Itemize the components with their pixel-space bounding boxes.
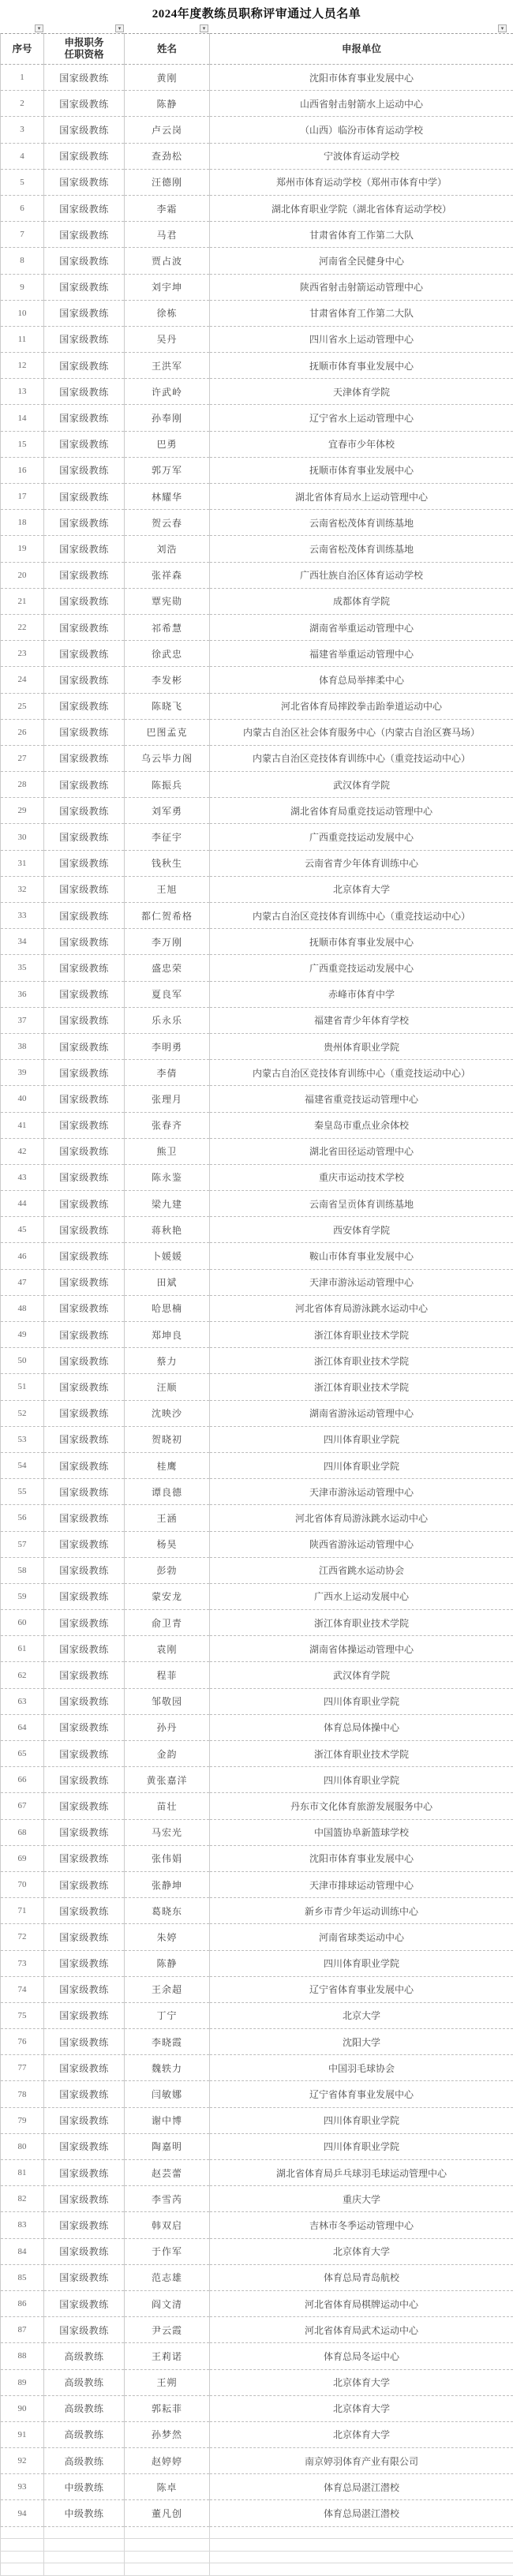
row-name: 汪顺 bbox=[125, 1374, 210, 1400]
table-row: 9国家级教练刘宇坤陕西省射击射箭运动管理中心 bbox=[1, 274, 513, 300]
table-row: 67国家级教练苗壮丹东市文化体育旅游发展服务中心 bbox=[1, 1793, 513, 1819]
empty-grid-cell bbox=[1, 2551, 44, 2563]
table-row: 21国家级教练覃宪勋成都体育学院 bbox=[1, 588, 513, 614]
row-qualification: 国家级教练 bbox=[44, 274, 125, 300]
table-row: 41国家级教练张春齐秦皇岛市重点业余体校 bbox=[1, 1112, 513, 1138]
row-index: 54 bbox=[1, 1452, 44, 1478]
row-qualification: 国家级教练 bbox=[44, 1505, 125, 1531]
table-row: 36国家级教练夏良军赤峰市体育中学 bbox=[1, 981, 513, 1007]
row-index: 71 bbox=[1, 1898, 44, 1924]
row-index: 39 bbox=[1, 1060, 44, 1086]
row-unit: 郑州市体育运动学校（郑州市体育中学） bbox=[210, 169, 513, 195]
row-qualification: 国家级教练 bbox=[44, 2002, 125, 2028]
table-row: 20国家级教练张祥森广西壮族自治区体育运动学校 bbox=[1, 562, 513, 588]
row-qualification: 国家级教练 bbox=[44, 1243, 125, 1269]
row-name: 田斌 bbox=[125, 1269, 210, 1295]
row-qualification: 国家级教练 bbox=[44, 614, 125, 640]
row-qualification: 国家级教练 bbox=[44, 2160, 125, 2186]
table-row: 56国家级教练王涵河北省体育局游泳跳水运动中心 bbox=[1, 1505, 513, 1531]
row-name: 王余超 bbox=[125, 1976, 210, 2002]
row-qualification: 国家级教练 bbox=[44, 562, 125, 588]
row-qualification: 国家级教练 bbox=[44, 1295, 125, 1321]
row-name: 沈映沙 bbox=[125, 1400, 210, 1426]
row-qualification: 国家级教练 bbox=[44, 1845, 125, 1871]
table-row: 29国家级教练刘军勇湖北省体育局重竞技运动管理中心 bbox=[1, 798, 513, 824]
row-unit: 贵州体育职业学院 bbox=[210, 1033, 513, 1059]
row-name: 彭勃 bbox=[125, 1557, 210, 1583]
row-index: 87 bbox=[1, 2317, 44, 2343]
row-index: 57 bbox=[1, 1531, 44, 1557]
table-row: 26国家级教练巴图孟克内蒙古自治区社会体育服务中心（内蒙古自治区赛马场） bbox=[1, 719, 513, 745]
row-qualification: 国家级教练 bbox=[44, 981, 125, 1007]
row-name: 孙丹 bbox=[125, 1714, 210, 1740]
row-qualification: 中级教练 bbox=[44, 2474, 125, 2500]
row-unit: 天津市排球运动管理中心 bbox=[210, 1871, 513, 1897]
table-row: 5国家级教练汪德刚郑州市体育运动学校（郑州市体育中学） bbox=[1, 169, 513, 195]
row-qualification: 国家级教练 bbox=[44, 300, 125, 326]
row-name: 钱秋生 bbox=[125, 850, 210, 876]
row-qualification: 国家级教练 bbox=[44, 2317, 125, 2343]
row-index: 83 bbox=[1, 2212, 44, 2238]
col-header-qualification-line2: 任职资格 bbox=[44, 49, 124, 61]
row-name: 陈永鉴 bbox=[125, 1164, 210, 1190]
row-index: 29 bbox=[1, 798, 44, 824]
row-unit: 四川体育职业学院 bbox=[210, 1767, 513, 1793]
row-name: 王旭 bbox=[125, 876, 210, 902]
row-index: 44 bbox=[1, 1191, 44, 1217]
empty-grid-row bbox=[1, 2526, 513, 2539]
row-qualification: 国家级教练 bbox=[44, 2186, 125, 2212]
row-unit: 浙江体育职业技术学院 bbox=[210, 1610, 513, 1636]
row-qualification: 国家级教练 bbox=[44, 2238, 125, 2264]
row-unit: 体育总局体操中心 bbox=[210, 1714, 513, 1740]
row-index: 30 bbox=[1, 824, 44, 850]
row-name: 查劲松 bbox=[125, 143, 210, 169]
row-qualification: 国家级教练 bbox=[44, 903, 125, 929]
table-row: 58国家级教练彭勃江西省跳水运动协会 bbox=[1, 1557, 513, 1583]
row-name: 赵芸蕾 bbox=[125, 2160, 210, 2186]
row-name: 蒋秋艳 bbox=[125, 1217, 210, 1243]
row-unit: 内蒙古自治区社会体育服务中心（内蒙古自治区赛马场） bbox=[210, 719, 513, 745]
row-qualification: 中级教练 bbox=[44, 2500, 125, 2526]
row-qualification: 国家级教练 bbox=[44, 1898, 125, 1924]
row-index: 20 bbox=[1, 562, 44, 588]
row-index: 41 bbox=[1, 1112, 44, 1138]
col-header-unit-label: 申报单位 bbox=[210, 43, 513, 55]
row-unit: 四川省水上运动管理中心 bbox=[210, 326, 513, 352]
row-qualification: 国家级教练 bbox=[44, 91, 125, 117]
col-header-index-label: 序号 bbox=[1, 43, 43, 55]
row-index: 25 bbox=[1, 693, 44, 719]
row-unit: 中国篮协阜新篮球学校 bbox=[210, 1819, 513, 1845]
row-unit: 广西壮族自治区体育运动学校 bbox=[210, 562, 513, 588]
row-unit: 四川体育职业学院 bbox=[210, 2107, 513, 2133]
row-name: 陈静 bbox=[125, 91, 210, 117]
row-unit: 四川体育职业学院 bbox=[210, 1426, 513, 1452]
row-name: 陈静 bbox=[125, 1950, 210, 1976]
row-qualification: 国家级教练 bbox=[44, 353, 125, 379]
row-unit: 抚顺市体育事业发展中心 bbox=[210, 929, 513, 955]
row-index: 13 bbox=[1, 379, 44, 405]
row-name: 李明勇 bbox=[125, 1033, 210, 1059]
row-name: 董凡创 bbox=[125, 2500, 210, 2526]
row-index: 84 bbox=[1, 2238, 44, 2264]
row-name: 于作军 bbox=[125, 2238, 210, 2264]
table-row: 54国家级教练桂鹰四川体育职业学院 bbox=[1, 1452, 513, 1478]
row-unit: 湖南省体操运动管理中心 bbox=[210, 1636, 513, 1662]
row-name: 孙奉刚 bbox=[125, 405, 210, 431]
table-row: 75国家级教练丁宁北京大学 bbox=[1, 2002, 513, 2028]
row-qualification: 国家级教练 bbox=[44, 2212, 125, 2238]
row-unit: 云南省松茂体育训练基地 bbox=[210, 510, 513, 536]
row-name: 王莉诺 bbox=[125, 2343, 210, 2369]
row-qualification: 国家级教练 bbox=[44, 405, 125, 431]
row-name: 张春齐 bbox=[125, 1112, 210, 1138]
row-unit: 内蒙古自治区竞技体育训练中心（重竞技运动中心） bbox=[210, 1060, 513, 1086]
row-index: 82 bbox=[1, 2186, 44, 2212]
row-qualification: 国家级教练 bbox=[44, 117, 125, 143]
row-unit: 天津市游泳运动管理中心 bbox=[210, 1269, 513, 1295]
table-row: 77国家级教练魏轶力中国羽毛球协会 bbox=[1, 2055, 513, 2081]
row-name: 朱婷 bbox=[125, 1924, 210, 1950]
row-name: 巴图孟克 bbox=[125, 719, 210, 745]
table-row: 40国家级教练张理月福建省重竞技运动管理中心 bbox=[1, 1086, 513, 1112]
row-index: 48 bbox=[1, 1295, 44, 1321]
row-qualification: 高级教练 bbox=[44, 2369, 125, 2395]
table-row: 35国家级教练盛忠荣广西重竞技运动发展中心 bbox=[1, 955, 513, 981]
empty-grid-cell bbox=[125, 2563, 210, 2576]
row-qualification: 国家级教练 bbox=[44, 1557, 125, 1583]
filter-dropdown-icon[interactable]: ▾ bbox=[115, 24, 124, 32]
row-name: 黄张嘉洋 bbox=[125, 1767, 210, 1793]
table-row: 89高级教练王朔北京体育大学 bbox=[1, 2369, 513, 2395]
filter-dropdown-icon[interactable]: ▾ bbox=[498, 24, 507, 32]
row-unit: 吉林市冬季运动管理中心 bbox=[210, 2212, 513, 2238]
row-qualification: 国家级教练 bbox=[44, 2107, 125, 2133]
row-unit: 浙江体育职业技术学院 bbox=[210, 1348, 513, 1374]
row-unit: 内蒙古自治区竞技体育训练中心（重竞技运动中心） bbox=[210, 745, 513, 771]
row-qualification: 国家级教练 bbox=[44, 1322, 125, 1348]
table-row: 83国家级教练韩双启吉林市冬季运动管理中心 bbox=[1, 2212, 513, 2238]
row-name: 李征宇 bbox=[125, 824, 210, 850]
filter-dropdown-icon[interactable]: ▾ bbox=[35, 24, 43, 32]
row-index: 53 bbox=[1, 1426, 44, 1452]
row-index: 68 bbox=[1, 1819, 44, 1845]
row-unit: 广西水上运动发展中心 bbox=[210, 1583, 513, 1609]
table-row: 81国家级教练赵芸蕾湖北省体育局乒乓球羽毛球运动管理中心 bbox=[1, 2160, 513, 2186]
row-qualification: 国家级教练 bbox=[44, 1164, 125, 1190]
row-name: 俞卫青 bbox=[125, 1610, 210, 1636]
row-qualification: 国家级教练 bbox=[44, 1767, 125, 1793]
row-qualification: 国家级教练 bbox=[44, 929, 125, 955]
row-index: 79 bbox=[1, 2107, 44, 2133]
table-row: 2国家级教练陈静山西省射击射箭水上运动中心 bbox=[1, 91, 513, 117]
row-name: 谭良德 bbox=[125, 1479, 210, 1505]
table-row: 37国家级教练乐永乐福建省青少年体育学校 bbox=[1, 1007, 513, 1033]
table-row: 70国家级教练张静坤天津市排球运动管理中心 bbox=[1, 1871, 513, 1897]
row-index: 66 bbox=[1, 1767, 44, 1793]
row-qualification: 国家级教练 bbox=[44, 1007, 125, 1033]
filter-buttons-row: ▾ ▾ ▾ ▾ bbox=[0, 24, 513, 33]
row-index: 5 bbox=[1, 169, 44, 195]
row-unit: 武汉体育学院 bbox=[210, 772, 513, 798]
row-name: 范志雄 bbox=[125, 2264, 210, 2290]
table-row: 51国家级教练汪顺浙江体育职业技术学院 bbox=[1, 1374, 513, 1400]
row-unit: 沈阳市体育事业发展中心 bbox=[210, 1845, 513, 1871]
table-row: 93中级教练陈卓体育总局湛江潜校 bbox=[1, 2474, 513, 2500]
row-index: 34 bbox=[1, 929, 44, 955]
row-unit: 武汉体育学院 bbox=[210, 1662, 513, 1688]
table-row: 74国家级教练王余超辽宁省体育事业发展中心 bbox=[1, 1976, 513, 2002]
row-qualification: 国家级教练 bbox=[44, 2290, 125, 2316]
table-row: 63国家级教练邹敬园四川体育职业学院 bbox=[1, 1688, 513, 1714]
table-row: 24国家级教练李发彬体育总局举摔柔中心 bbox=[1, 667, 513, 693]
table-row: 25国家级教练陈晓飞河北省体育局摔跤拳击跆拳道运动中心 bbox=[1, 693, 513, 719]
row-index: 51 bbox=[1, 1374, 44, 1400]
row-name: 张理月 bbox=[125, 1086, 210, 1112]
row-name: 郭万军 bbox=[125, 457, 210, 483]
table-row: 65国家级教练金韵浙江体育职业技术学院 bbox=[1, 1741, 513, 1767]
row-unit: 山西省射击射箭水上运动中心 bbox=[210, 91, 513, 117]
table-row: 61国家级教练袁刚湖南省体操运动管理中心 bbox=[1, 1636, 513, 1662]
row-unit: 新乡市青少年运动训练中心 bbox=[210, 1898, 513, 1924]
row-name: 卜媛媛 bbox=[125, 1243, 210, 1269]
row-qualification: 国家级教练 bbox=[44, 824, 125, 850]
empty-grid-cell bbox=[1, 2563, 44, 2576]
row-qualification: 国家级教练 bbox=[44, 1688, 125, 1714]
row-index: 90 bbox=[1, 2395, 44, 2421]
table-row: 68国家级教练马宏光中国篮协阜新篮球学校 bbox=[1, 1819, 513, 1845]
table-row: 79国家级教练谢中博四川体育职业学院 bbox=[1, 2107, 513, 2133]
row-qualification: 国家级教练 bbox=[44, 1348, 125, 1374]
table-row: 66国家级教练黄张嘉洋四川体育职业学院 bbox=[1, 1767, 513, 1793]
row-qualification: 国家级教练 bbox=[44, 850, 125, 876]
table-row: 13国家级教练许武岭天津体育学院 bbox=[1, 379, 513, 405]
table-row: 46国家级教练卜媛媛鞍山市体育事业发展中心 bbox=[1, 1243, 513, 1269]
row-name: 贺云春 bbox=[125, 510, 210, 536]
row-qualification: 国家级教练 bbox=[44, 1452, 125, 1478]
table-row: 11国家级教练吴丹四川省水上运动管理中心 bbox=[1, 326, 513, 352]
row-unit: 湖北省田径运动管理中心 bbox=[210, 1138, 513, 1164]
row-unit: 河南省球类运动中心 bbox=[210, 1924, 513, 1950]
table-row: 15国家级教练巴勇宜春市少年体校 bbox=[1, 431, 513, 457]
table-row: 88高级教练王莉诺体育总局冬运中心 bbox=[1, 2343, 513, 2369]
row-qualification: 国家级教练 bbox=[44, 1741, 125, 1767]
row-index: 62 bbox=[1, 1662, 44, 1688]
table-row: 12国家级教练王洪军抚顺市体育事业发展中心 bbox=[1, 353, 513, 379]
row-index: 74 bbox=[1, 1976, 44, 2002]
row-name: 王洪军 bbox=[125, 353, 210, 379]
row-name: 郑坤良 bbox=[125, 1322, 210, 1348]
row-name: 杨昊 bbox=[125, 1531, 210, 1557]
row-index: 73 bbox=[1, 1950, 44, 1976]
row-index: 15 bbox=[1, 431, 44, 457]
table-row: 42国家级教练熊卫湖北省田径运动管理中心 bbox=[1, 1138, 513, 1164]
row-unit: 沈阳大学 bbox=[210, 2029, 513, 2055]
empty-grid-cell bbox=[125, 2551, 210, 2563]
row-name: 巴勇 bbox=[125, 431, 210, 457]
row-unit: 湖南省举重运动管理中心 bbox=[210, 614, 513, 640]
filter-dropdown-icon[interactable]: ▾ bbox=[200, 24, 208, 32]
row-qualification: 国家级教练 bbox=[44, 1112, 125, 1138]
row-name: 孙梦然 bbox=[125, 2421, 210, 2447]
table-row: 27国家级教练乌云毕力阁内蒙古自治区竞技体育训练中心（重竞技运动中心） bbox=[1, 745, 513, 771]
table-row: 91高级教练孙梦然北京体育大学 bbox=[1, 2421, 513, 2447]
row-qualification: 国家级教练 bbox=[44, 1269, 125, 1295]
row-name: 桂鹰 bbox=[125, 1452, 210, 1478]
table-row: 72国家级教练朱婷河南省球类运动中心 bbox=[1, 1924, 513, 1950]
row-qualification: 国家级教练 bbox=[44, 1086, 125, 1112]
row-name: 阎文清 bbox=[125, 2290, 210, 2316]
row-name: 都仁贺希格 bbox=[125, 903, 210, 929]
row-name: 谢中博 bbox=[125, 2107, 210, 2133]
document-page: 2024年度教练员职称评审通过人员名单 ▾ ▾ ▾ ▾ 序号 申报职务 任职资格… bbox=[0, 0, 513, 2576]
row-unit: 辽宁省体育事业发展中心 bbox=[210, 2081, 513, 2107]
row-qualification: 国家级教练 bbox=[44, 169, 125, 195]
row-name: 熊卫 bbox=[125, 1138, 210, 1164]
row-name: 刘军勇 bbox=[125, 798, 210, 824]
row-index: 43 bbox=[1, 1164, 44, 1190]
table-row: 43国家级教练陈永鉴重庆市运动技术学校 bbox=[1, 1164, 513, 1190]
row-index: 32 bbox=[1, 876, 44, 902]
row-unit: 北京体育大学 bbox=[210, 2369, 513, 2395]
row-unit: 西安体育学院 bbox=[210, 1217, 513, 1243]
row-index: 9 bbox=[1, 274, 44, 300]
row-index: 6 bbox=[1, 195, 44, 221]
row-unit: 云南省松茂体育训练基地 bbox=[210, 536, 513, 562]
table-row: 53国家级教练贺晓初四川体育职业学院 bbox=[1, 1426, 513, 1452]
row-name: 邹敬园 bbox=[125, 1688, 210, 1714]
row-unit: 辽宁省水上运动管理中心 bbox=[210, 405, 513, 431]
row-name: 马君 bbox=[125, 222, 210, 248]
row-unit: 河北省体育局武术运动中心 bbox=[210, 2317, 513, 2343]
row-qualification: 国家级教练 bbox=[44, 1583, 125, 1609]
row-name: 王朔 bbox=[125, 2369, 210, 2395]
table-row: 23国家级教练徐武忠福建省举重运动管理中心 bbox=[1, 641, 513, 667]
table-row: 30国家级教练李征宇广西重竞技运动发展中心 bbox=[1, 824, 513, 850]
table-row: 90高级教练郭耘菲北京体育大学 bbox=[1, 2395, 513, 2421]
row-unit: 抚顺市体育事业发展中心 bbox=[210, 353, 513, 379]
table-row: 14国家级教练孙奉刚辽宁省水上运动管理中心 bbox=[1, 405, 513, 431]
row-name: 汪德刚 bbox=[125, 169, 210, 195]
row-unit: 天津体育学院 bbox=[210, 379, 513, 405]
row-qualification: 国家级教练 bbox=[44, 1191, 125, 1217]
empty-grid-row bbox=[1, 2551, 513, 2563]
table-row: 6国家级教练李霜湖北体育职业学院（湖北省体育运动学校） bbox=[1, 195, 513, 221]
row-name: 蔡力 bbox=[125, 1348, 210, 1374]
table-row: 52国家级教练沈映沙湖南省游泳运动管理中心 bbox=[1, 1400, 513, 1426]
row-qualification: 国家级教练 bbox=[44, 326, 125, 352]
row-unit: 鞍山市体育事业发展中心 bbox=[210, 1243, 513, 1269]
row-index: 78 bbox=[1, 2081, 44, 2107]
row-unit: 四川体育职业学院 bbox=[210, 2133, 513, 2159]
row-qualification: 国家级教练 bbox=[44, 1636, 125, 1662]
row-name: 贺晓初 bbox=[125, 1426, 210, 1452]
table-row: 76国家级教练李晓霞沈阳大学 bbox=[1, 2029, 513, 2055]
empty-grid-cell bbox=[210, 2526, 513, 2539]
table-row: 64国家级教练孙丹体育总局体操中心 bbox=[1, 1714, 513, 1740]
row-qualification: 国家级教练 bbox=[44, 1793, 125, 1819]
row-index: 94 bbox=[1, 2500, 44, 2526]
col-header-name: 姓名 bbox=[125, 34, 210, 65]
col-header-name-label: 姓名 bbox=[125, 43, 209, 55]
row-qualification: 国家级教练 bbox=[44, 1924, 125, 1950]
row-unit: 体育总局举摔柔中心 bbox=[210, 667, 513, 693]
row-name: 李雪芮 bbox=[125, 2186, 210, 2212]
table-body: 1国家级教练黄刚沈阳市体育事业发展中心2国家级教练陈静山西省射击射箭水上运动中心… bbox=[1, 65, 513, 2576]
table-row: 47国家级教练田斌天津市游泳运动管理中心 bbox=[1, 1269, 513, 1295]
empty-grid-cell bbox=[125, 2526, 210, 2539]
row-qualification: 国家级教练 bbox=[44, 693, 125, 719]
row-qualification: 高级教练 bbox=[44, 2421, 125, 2447]
row-unit: 宜春市少年体校 bbox=[210, 431, 513, 457]
table-row: 78国家级教练闫敏娜辽宁省体育事业发展中心 bbox=[1, 2081, 513, 2107]
table-row: 71国家级教练葛晓东新乡市青少年运动训练中心 bbox=[1, 1898, 513, 1924]
row-index: 16 bbox=[1, 457, 44, 483]
row-qualification: 国家级教练 bbox=[44, 2055, 125, 2081]
row-index: 80 bbox=[1, 2133, 44, 2159]
col-header-qualification-line1: 申报职务 bbox=[44, 37, 124, 49]
row-unit: 广西重竞技运动发展中心 bbox=[210, 824, 513, 850]
row-index: 69 bbox=[1, 1845, 44, 1871]
row-unit: 浙江体育职业技术学院 bbox=[210, 1374, 513, 1400]
empty-grid-cell bbox=[1, 2526, 44, 2539]
row-unit: 福建省举重运动管理中心 bbox=[210, 641, 513, 667]
row-index: 26 bbox=[1, 719, 44, 745]
row-unit: 甘肃省体育工作第二大队 bbox=[210, 222, 513, 248]
table-row: 33国家级教练都仁贺希格内蒙古自治区竞技体育训练中心（重竞技运动中心） bbox=[1, 903, 513, 929]
row-unit: 河北省体育局游泳跳水运动中心 bbox=[210, 1505, 513, 1531]
row-index: 81 bbox=[1, 2160, 44, 2186]
row-unit: 湖北省体育局乒乓球羽毛球运动管理中心 bbox=[210, 2160, 513, 2186]
row-index: 70 bbox=[1, 1871, 44, 1897]
table-row: 55国家级教练谭良德天津市游泳运动管理中心 bbox=[1, 1479, 513, 1505]
row-name: 张祥森 bbox=[125, 562, 210, 588]
table-row: 57国家级教练杨昊陕西省游泳运动管理中心 bbox=[1, 1531, 513, 1557]
row-index: 55 bbox=[1, 1479, 44, 1505]
empty-grid-cell bbox=[44, 2563, 125, 2576]
row-name: 陶嘉明 bbox=[125, 2133, 210, 2159]
row-index: 27 bbox=[1, 745, 44, 771]
row-name: 韩双启 bbox=[125, 2212, 210, 2238]
row-unit: 广西重竞技运动发展中心 bbox=[210, 955, 513, 981]
table-row: 86国家级教练阎文清河北省体育局棋牌运动中心 bbox=[1, 2290, 513, 2316]
row-unit: 沈阳市体育事业发展中心 bbox=[210, 65, 513, 91]
row-name: 贾占波 bbox=[125, 248, 210, 274]
row-index: 77 bbox=[1, 2055, 44, 2081]
table-row: 94中级教练董凡创体育总局湛江潜校 bbox=[1, 2500, 513, 2526]
row-unit: 河北省体育局棋牌运动中心 bbox=[210, 2290, 513, 2316]
row-index: 56 bbox=[1, 1505, 44, 1531]
row-index: 19 bbox=[1, 536, 44, 562]
table-row: 39国家级教练李倩内蒙古自治区竞技体育训练中心（重竞技运动中心） bbox=[1, 1060, 513, 1086]
row-unit: 河南省全民健身中心 bbox=[210, 248, 513, 274]
row-index: 40 bbox=[1, 1086, 44, 1112]
row-qualification: 国家级教练 bbox=[44, 745, 125, 771]
row-qualification: 国家级教练 bbox=[44, 1426, 125, 1452]
row-index: 46 bbox=[1, 1243, 44, 1269]
row-name: 祁希慧 bbox=[125, 614, 210, 640]
row-qualification: 国家级教练 bbox=[44, 588, 125, 614]
row-name: 陈晓飞 bbox=[125, 693, 210, 719]
row-index: 85 bbox=[1, 2264, 44, 2290]
row-index: 72 bbox=[1, 1924, 44, 1950]
row-unit: 江西省跳水运动协会 bbox=[210, 1557, 513, 1583]
table-row: 4国家级教练查劲松宁波体育运动学校 bbox=[1, 143, 513, 169]
table-row: 7国家级教练马君甘肃省体育工作第二大队 bbox=[1, 222, 513, 248]
row-index: 33 bbox=[1, 903, 44, 929]
row-unit: 甘肃省体育工作第二大队 bbox=[210, 300, 513, 326]
